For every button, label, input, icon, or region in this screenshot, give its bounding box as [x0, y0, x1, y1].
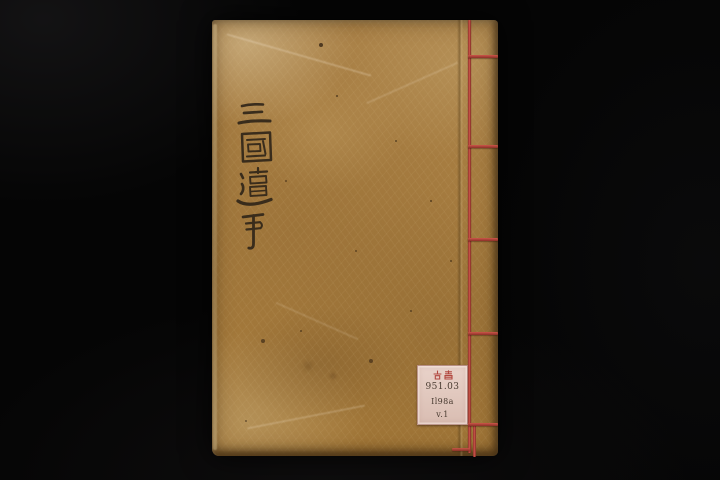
binding-tie: [468, 332, 498, 335]
binding-tie: [468, 55, 498, 58]
foxing-specks: [212, 20, 214, 22]
wear-scratch: [366, 62, 458, 104]
binding-thread-vertical-double: [473, 424, 476, 457]
binding-tie: [468, 423, 498, 426]
binding-tie: [468, 238, 498, 241]
call-number-label: 古貴 951.03 Il98a v.1: [417, 365, 468, 425]
title-calligraphy: [232, 96, 282, 256]
photo-backdrop: 三國遺事 古貴 951.03 Il98a v.1: [0, 0, 720, 480]
label-cutter-number: Il98a: [418, 395, 467, 409]
book-cover: 三國遺事 古貴 951.03 Il98a v.1: [212, 20, 498, 456]
wear-scratch: [276, 302, 359, 340]
label-classification-hanja: [432, 370, 454, 380]
binding-tie: [468, 145, 498, 148]
book-bottom-edge: [215, 451, 493, 456]
book-fore-edge: [213, 24, 217, 450]
wear-scratch: [227, 33, 372, 76]
binding-thread-vertical: [468, 20, 471, 453]
label-call-number: 951.03: [418, 381, 467, 395]
wear-scratch: [247, 405, 365, 429]
label-volume: v.1: [418, 408, 467, 422]
binding-tie-corner-wrap: [452, 448, 470, 451]
